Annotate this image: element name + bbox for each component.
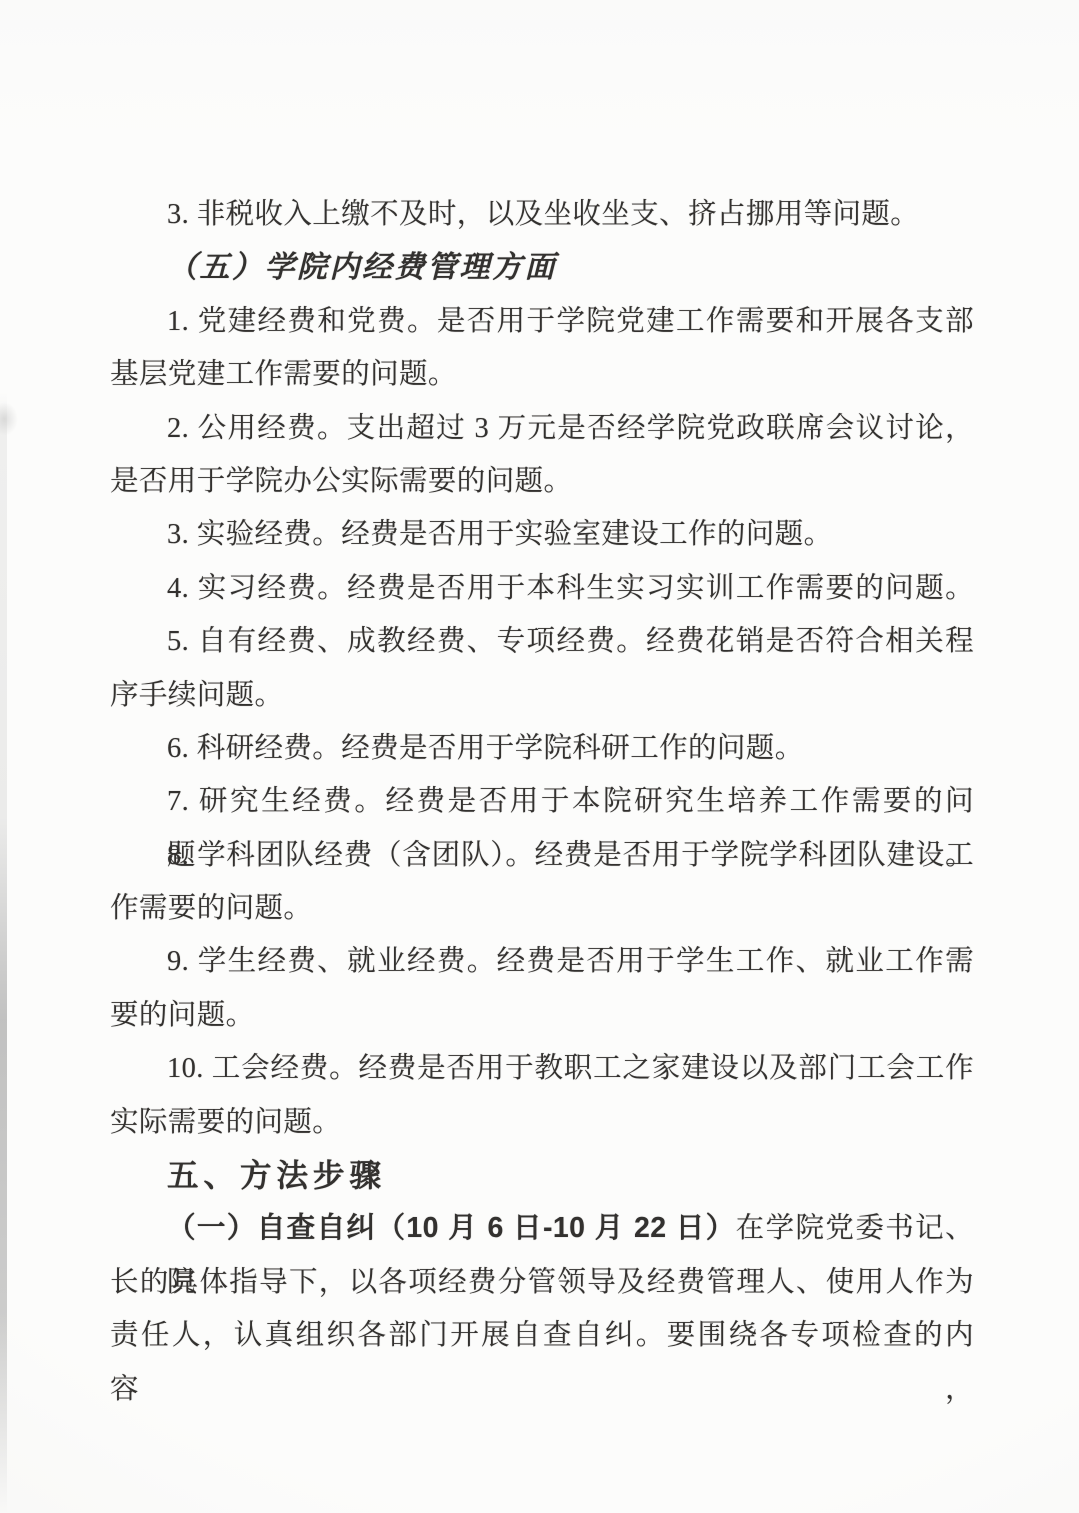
paragraph: 9. 学生经费、就业经费。经费是否用于学生工作、就业工作需 要的问题。 — [110, 935, 974, 1042]
document-body: 3. 非税收入上缴不及时，以及坐收坐支、挤占挪用等问题。 （五）学院内经费管理方… — [110, 188, 974, 1363]
scan-edge-shadow — [0, 392, 7, 1513]
paragraph: 4. 实习经费。经费是否用于本科生实习实训工作需要的问题。 — [110, 562, 974, 615]
text-line: 作需要的问题。 — [110, 882, 974, 935]
section-heading-line: （五）学院内经费管理方面 — [110, 241, 974, 294]
text-line: 5. 自有经费、成教经费、专项经费。经费花销是否符合相关程 — [110, 615, 974, 668]
text-line: 1. 党建经费和党费。是否用于学院党建工作需要和开展各支部 — [110, 295, 974, 348]
numbered-heading-line: 五、方法步骤 — [110, 1149, 974, 1202]
paragraph: 3. 实验经费。经费是否用于实验室建设工作的问题。 — [110, 508, 974, 561]
text-line: 3. 非税收入上缴不及时，以及坐收坐支、挤占挪用等问题。 — [110, 188, 974, 241]
text-line: 7. 研究生经费。经费是否用于本院研究生培养工作需要的问题。 — [110, 775, 974, 828]
text-line: （一）自查自纠（10 月 6 日-10 月 22 日）在学院党委书记、院 — [110, 1202, 974, 1255]
paragraph: 10. 工会经费。经费是否用于教职工之家建设以及部门工会工作 实际需要的问题。 — [110, 1042, 974, 1149]
paragraph: 2. 公用经费。支出超过 3 万元是否经学院党政联席会议讨论， 是否用于学院办公… — [110, 402, 974, 509]
paragraph: 6. 科研经费。经费是否用于学院科研工作的问题。 — [110, 722, 974, 775]
text-line: 基层党建工作需要的问题。 — [110, 348, 974, 401]
paragraph: 7. 研究生经费。经费是否用于本院研究生培养工作需要的问题。 — [110, 775, 974, 828]
paragraph: 8. 学科团队经费（含团队）。经费是否用于学院学科团队建设工 作需要的问题。 — [110, 829, 974, 936]
text-line: 10. 工会经费。经费是否用于教职工之家建设以及部门工会工作 — [110, 1042, 974, 1095]
paragraph: 五、方法步骤 — [110, 1149, 974, 1202]
text-line: 序手续问题。 — [110, 669, 974, 722]
scan-smudge — [0, 402, 18, 436]
paragraph: （一）自查自纠（10 月 6 日-10 月 22 日）在学院党委书记、院 长的具… — [110, 1202, 974, 1362]
bold-lead-text: （一）自查自纠（10 月 6 日-10 月 22 日） — [167, 1212, 736, 1244]
paragraph: 1. 党建经费和党费。是否用于学院党建工作需要和开展各支部 基层党建工作需要的问… — [110, 295, 974, 402]
text-line: 4. 实习经费。经费是否用于本科生实习实训工作需要的问题。 — [110, 562, 974, 615]
text-line: 6. 科研经费。经费是否用于学院科研工作的问题。 — [110, 722, 974, 775]
text-line: 长的具体指导下，以各项经费分管领导及经费管理人、使用人作为 — [110, 1256, 974, 1309]
text-line: 要的问题。 — [110, 989, 974, 1042]
text-line: 责任人，认真组织各部门开展自查自纠。要围绕各专项检查的内容， — [110, 1309, 974, 1362]
text-line: 3. 实验经费。经费是否用于实验室建设工作的问题。 — [110, 508, 974, 561]
text-line: 9. 学生经费、就业经费。经费是否用于学生工作、就业工作需 — [110, 935, 974, 988]
text-line: 是否用于学院办公实际需要的问题。 — [110, 455, 974, 508]
text-line: 2. 公用经费。支出超过 3 万元是否经学院党政联席会议讨论， — [110, 402, 974, 455]
text-line: 8. 学科团队经费（含团队）。经费是否用于学院学科团队建设工 — [110, 829, 974, 882]
scanned-document-page: 3. 非税收入上缴不及时，以及坐收坐支、挤占挪用等问题。 （五）学院内经费管理方… — [0, 0, 1079, 1513]
text-line: 实际需要的问题。 — [110, 1096, 974, 1149]
paragraph: （五）学院内经费管理方面 — [110, 241, 974, 294]
paragraph: 5. 自有经费、成教经费、专项经费。经费花销是否符合相关程 序手续问题。 — [110, 615, 974, 722]
paragraph: 3. 非税收入上缴不及时，以及坐收坐支、挤占挪用等问题。 — [110, 188, 974, 241]
